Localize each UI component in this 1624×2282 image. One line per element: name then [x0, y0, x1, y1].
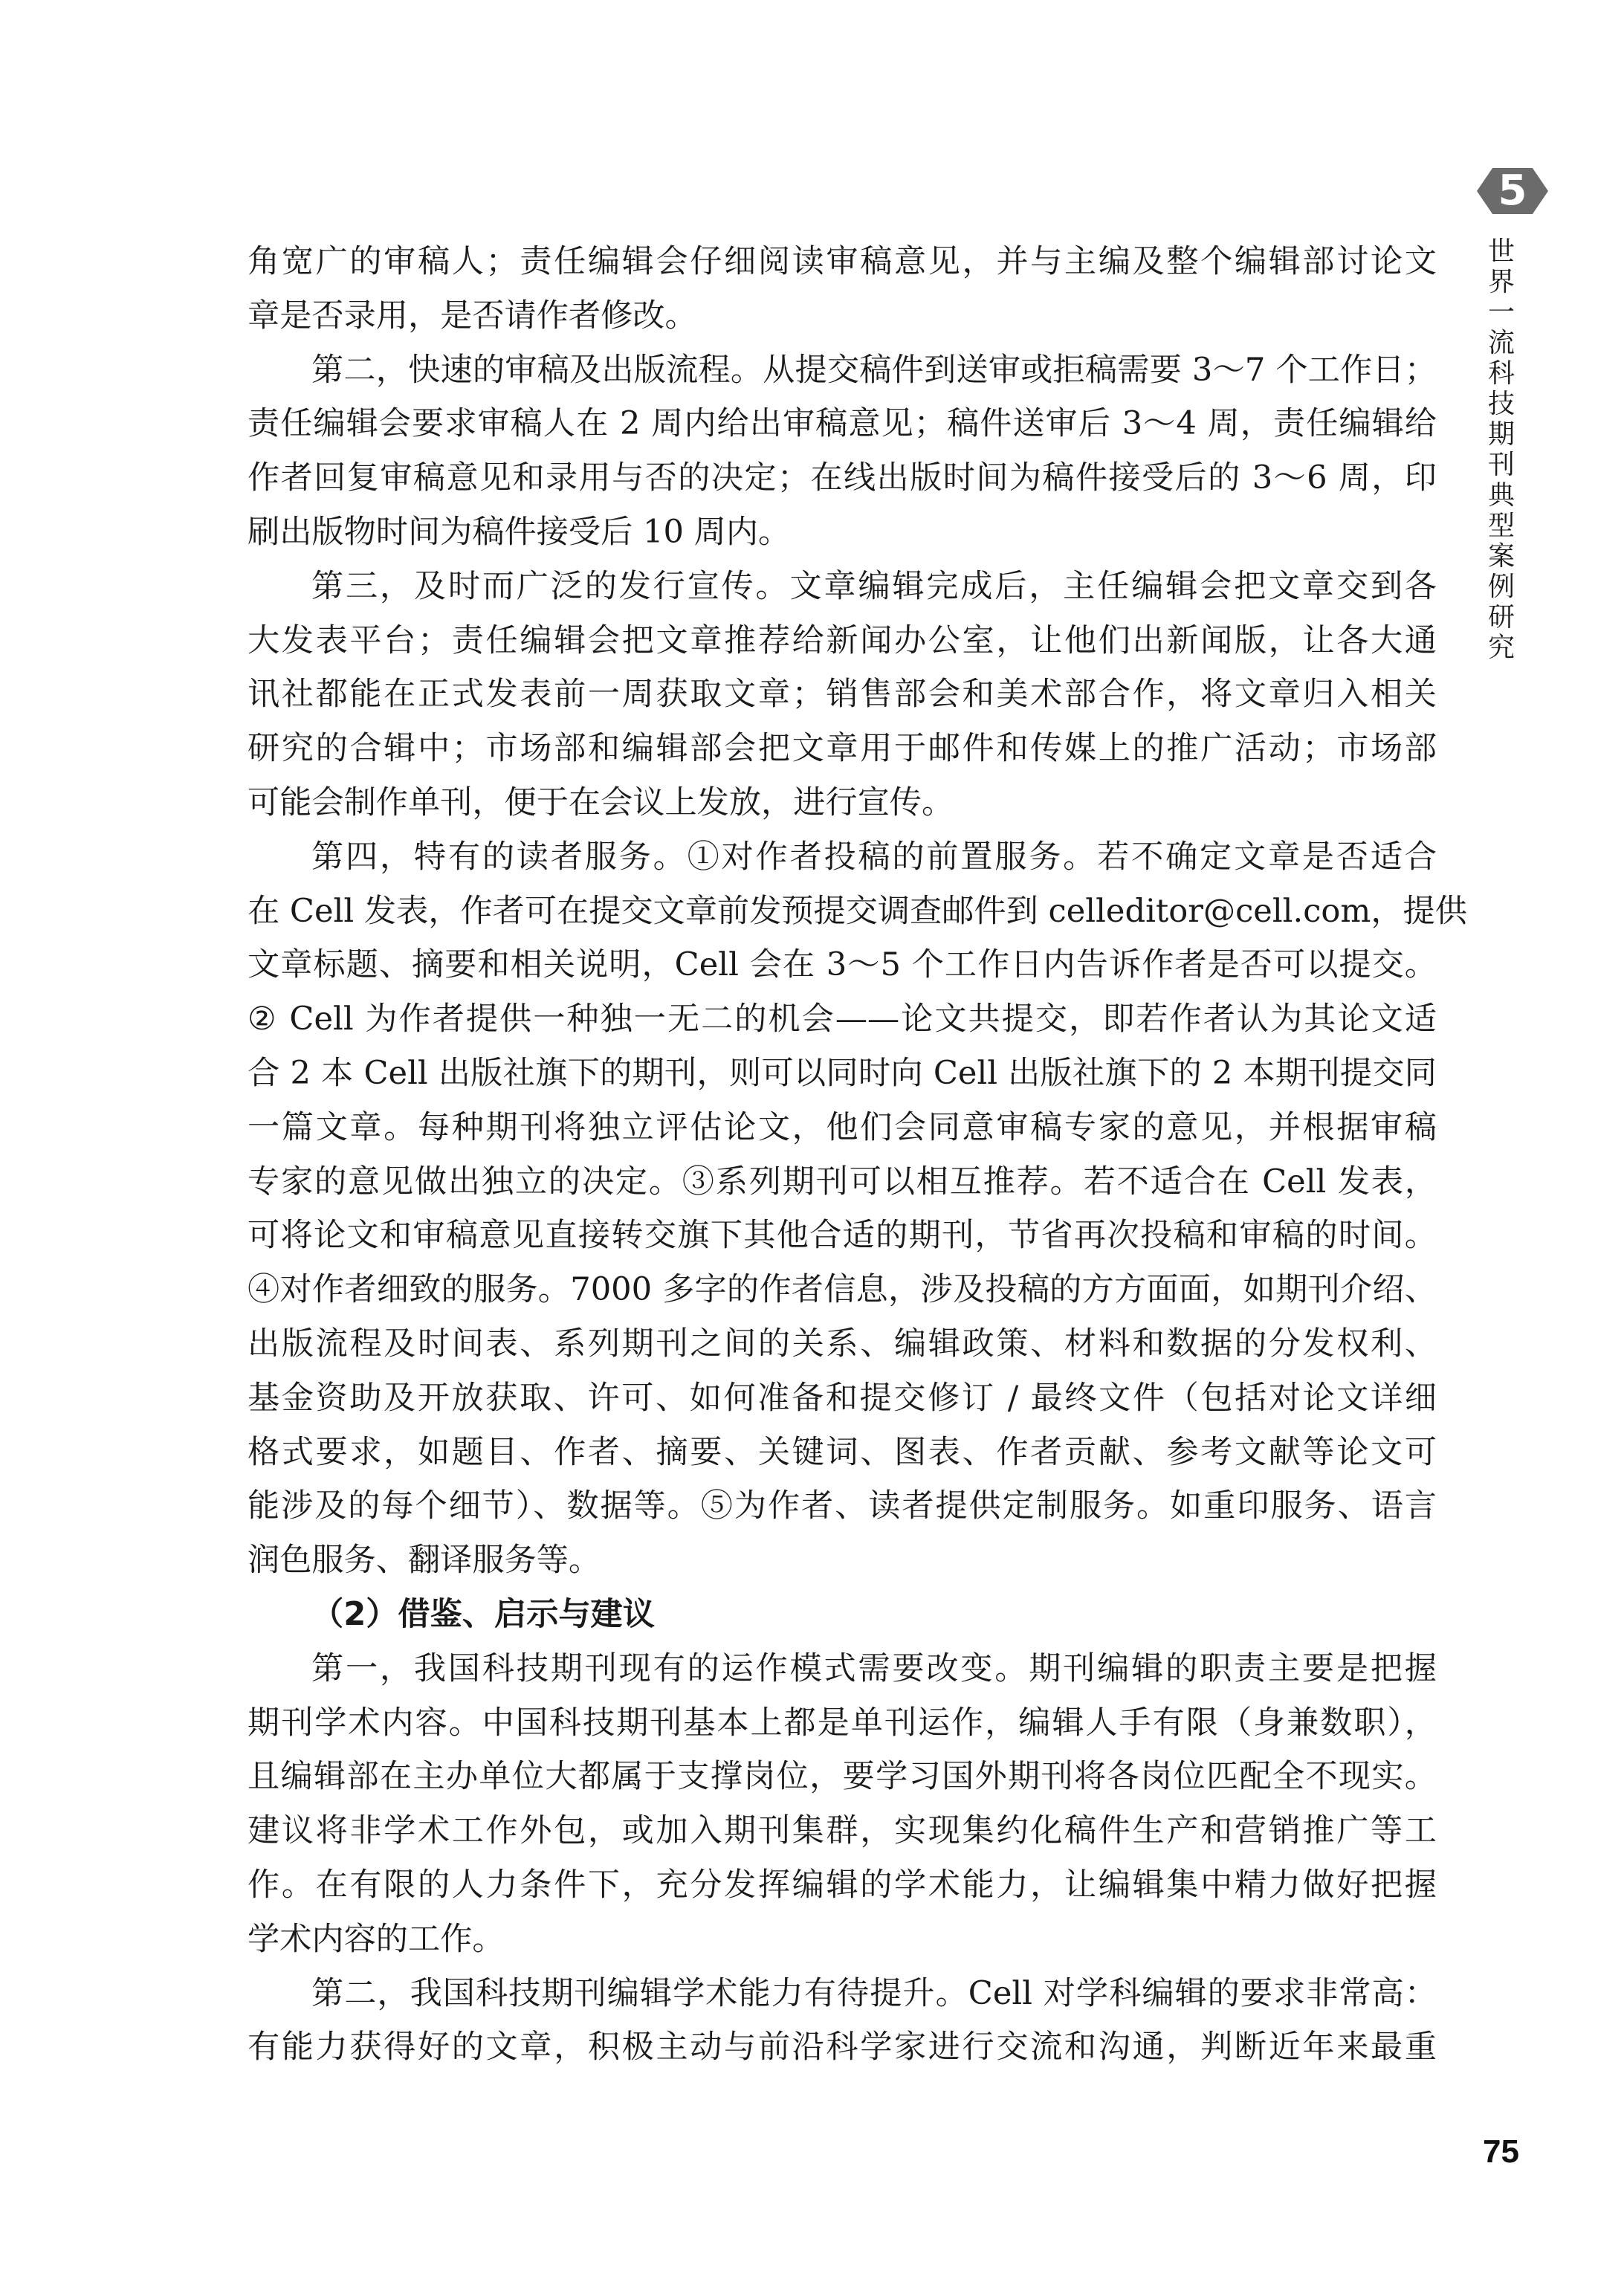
section-heading: （2）借鉴、启示与建议	[248, 1588, 1437, 1642]
text-line: 专家的意见做出独立的决定。③系列期刊可以相互推荐。若不适合在 Cell 发表，	[248, 1155, 1437, 1209]
text-line: 合 2 本 Cell 出版社旗下的期刊，则可以同时向 Cell 出版社旗下的 2…	[248, 1047, 1437, 1101]
paragraph-start-line: 第三，及时而广泛的发行宣传。文章编辑完成后，主任编辑会把文章交到各	[248, 560, 1437, 614]
text-line: 可能会制作单刊，便于在会议上发放，进行宣传。	[248, 776, 1437, 830]
paragraph-start-line: 第一，我国科技期刊现有的运作模式需要改变。期刊编辑的职责主要是把握	[248, 1642, 1437, 1696]
text-line: 润色服务、翻译服务等。	[248, 1533, 1437, 1588]
paragraph-start-line: 第二，我国科技期刊编辑学术能力有待提升。Cell 对学科编辑的要求非常高：	[248, 1967, 1437, 2021]
body-text: 角宽广的审稿人；责任编辑会仔细阅读审稿意见，并与主编及整个编辑部讨论文 章是否录…	[248, 235, 1437, 2075]
text-line: 作者回复审稿意见和录用与否的决定；在线出版时间为稿件接受后的 3～6 周，印	[248, 451, 1437, 505]
chapter-title-vertical: 世界一流科技期刊典型案例研究	[1483, 236, 1520, 663]
text-line: 章是否录用，是否请作者修改。	[248, 289, 1437, 343]
text-line: 责任编辑会要求审稿人在 2 周内给出审稿意见；稿件送审后 3～4 周，责任编辑给	[248, 397, 1437, 451]
text-line: ④对作者细致的服务。7000 多字的作者信息，涉及投稿的方方面面，如期刊介绍、	[248, 1263, 1437, 1317]
paragraph-start-line: 第四，特有的读者服务。①对作者投稿的前置服务。若不确定文章是否适合	[248, 830, 1437, 885]
chapter-number-hexagon-badge: 5	[1477, 168, 1548, 214]
text-line: 文章标题、摘要和相关说明，Cell 会在 3～5 个工作日内告诉作者是否可以提交…	[248, 938, 1437, 992]
text-line: 大发表平台；责任编辑会把文章推荐给新闻办公室，让他们出新闻版，让各大通	[248, 614, 1437, 668]
text-line: 刷出版物时间为稿件接受后 10 周内。	[248, 505, 1437, 560]
text-line: 出版流程及时间表、系列期刊之间的关系、编辑政策、材料和数据的分发权利、	[248, 1317, 1437, 1371]
paragraph-start-line: 第二，快速的审稿及出版流程。从提交稿件到送审或拒稿需要 3～7 个工作日；	[248, 343, 1437, 398]
text-line: 在 Cell 发表，作者可在提交文章前发预提交调查邮件到 celleditor@…	[248, 885, 1437, 939]
text-line: 讯社都能在正式发表前一周获取文章；销售部会和美术部合作，将文章归入相关	[248, 668, 1437, 722]
text-line: 且编辑部在主办单位大都属于支撑岗位，要学习国外期刊将各岗位匹配全不现实。	[248, 1750, 1437, 1804]
text-line: 建议将非学术工作外包，或加入期刊集群，实现集约化稿件生产和营销推广等工	[248, 1804, 1437, 1858]
chapter-number: 5	[1498, 168, 1527, 214]
text-line: 有能力获得好的文章，积极主动与前沿科学家进行交流和沟通，判断近年来最重	[248, 2020, 1437, 2075]
text-line: 可将论文和审稿意见直接转交旗下其他合适的期刊，节省再次投稿和审稿的时间。	[248, 1209, 1437, 1263]
text-line: 角宽广的审稿人；责任编辑会仔细阅读审稿意见，并与主编及整个编辑部讨论文	[248, 235, 1437, 289]
page-number: 75	[1483, 2133, 1519, 2171]
text-line: 学术内容的工作。	[248, 1913, 1437, 1967]
text-line: ② Cell 为作者提供一种独一无二的机会——论文共提交，即若作者认为其论文适	[248, 992, 1437, 1047]
text-line: 基金资助及开放获取、许可、如何准备和提交修订 / 最终文件（包括对论文详细	[248, 1371, 1437, 1426]
text-line: 研究的合辑中；市场部和编辑部会把文章用于邮件和传媒上的推广活动；市场部	[248, 722, 1437, 776]
text-line: 格式要求，如题目、作者、摘要、关键词、图表、作者贡献、参考文献等论文可	[248, 1426, 1437, 1480]
text-line: 期刊学术内容。中国科技期刊基本上都是单刊运作，编辑人手有限（身兼数职），	[248, 1696, 1437, 1751]
text-line: 作。在有限的人力条件下，充分发挥编辑的学术能力，让编辑集中精力做好把握	[248, 1858, 1437, 1913]
book-page: 角宽广的审稿人；责任编辑会仔细阅读审稿意见，并与主编及整个编辑部讨论文 章是否录…	[0, 0, 1624, 2282]
text-line: 一篇文章。每种期刊将独立评估论文，他们会同意审稿专家的意见，并根据审稿	[248, 1101, 1437, 1155]
text-line: 能涉及的每个细节）、数据等。⑤为作者、读者提供定制服务。如重印服务、语言	[248, 1479, 1437, 1533]
